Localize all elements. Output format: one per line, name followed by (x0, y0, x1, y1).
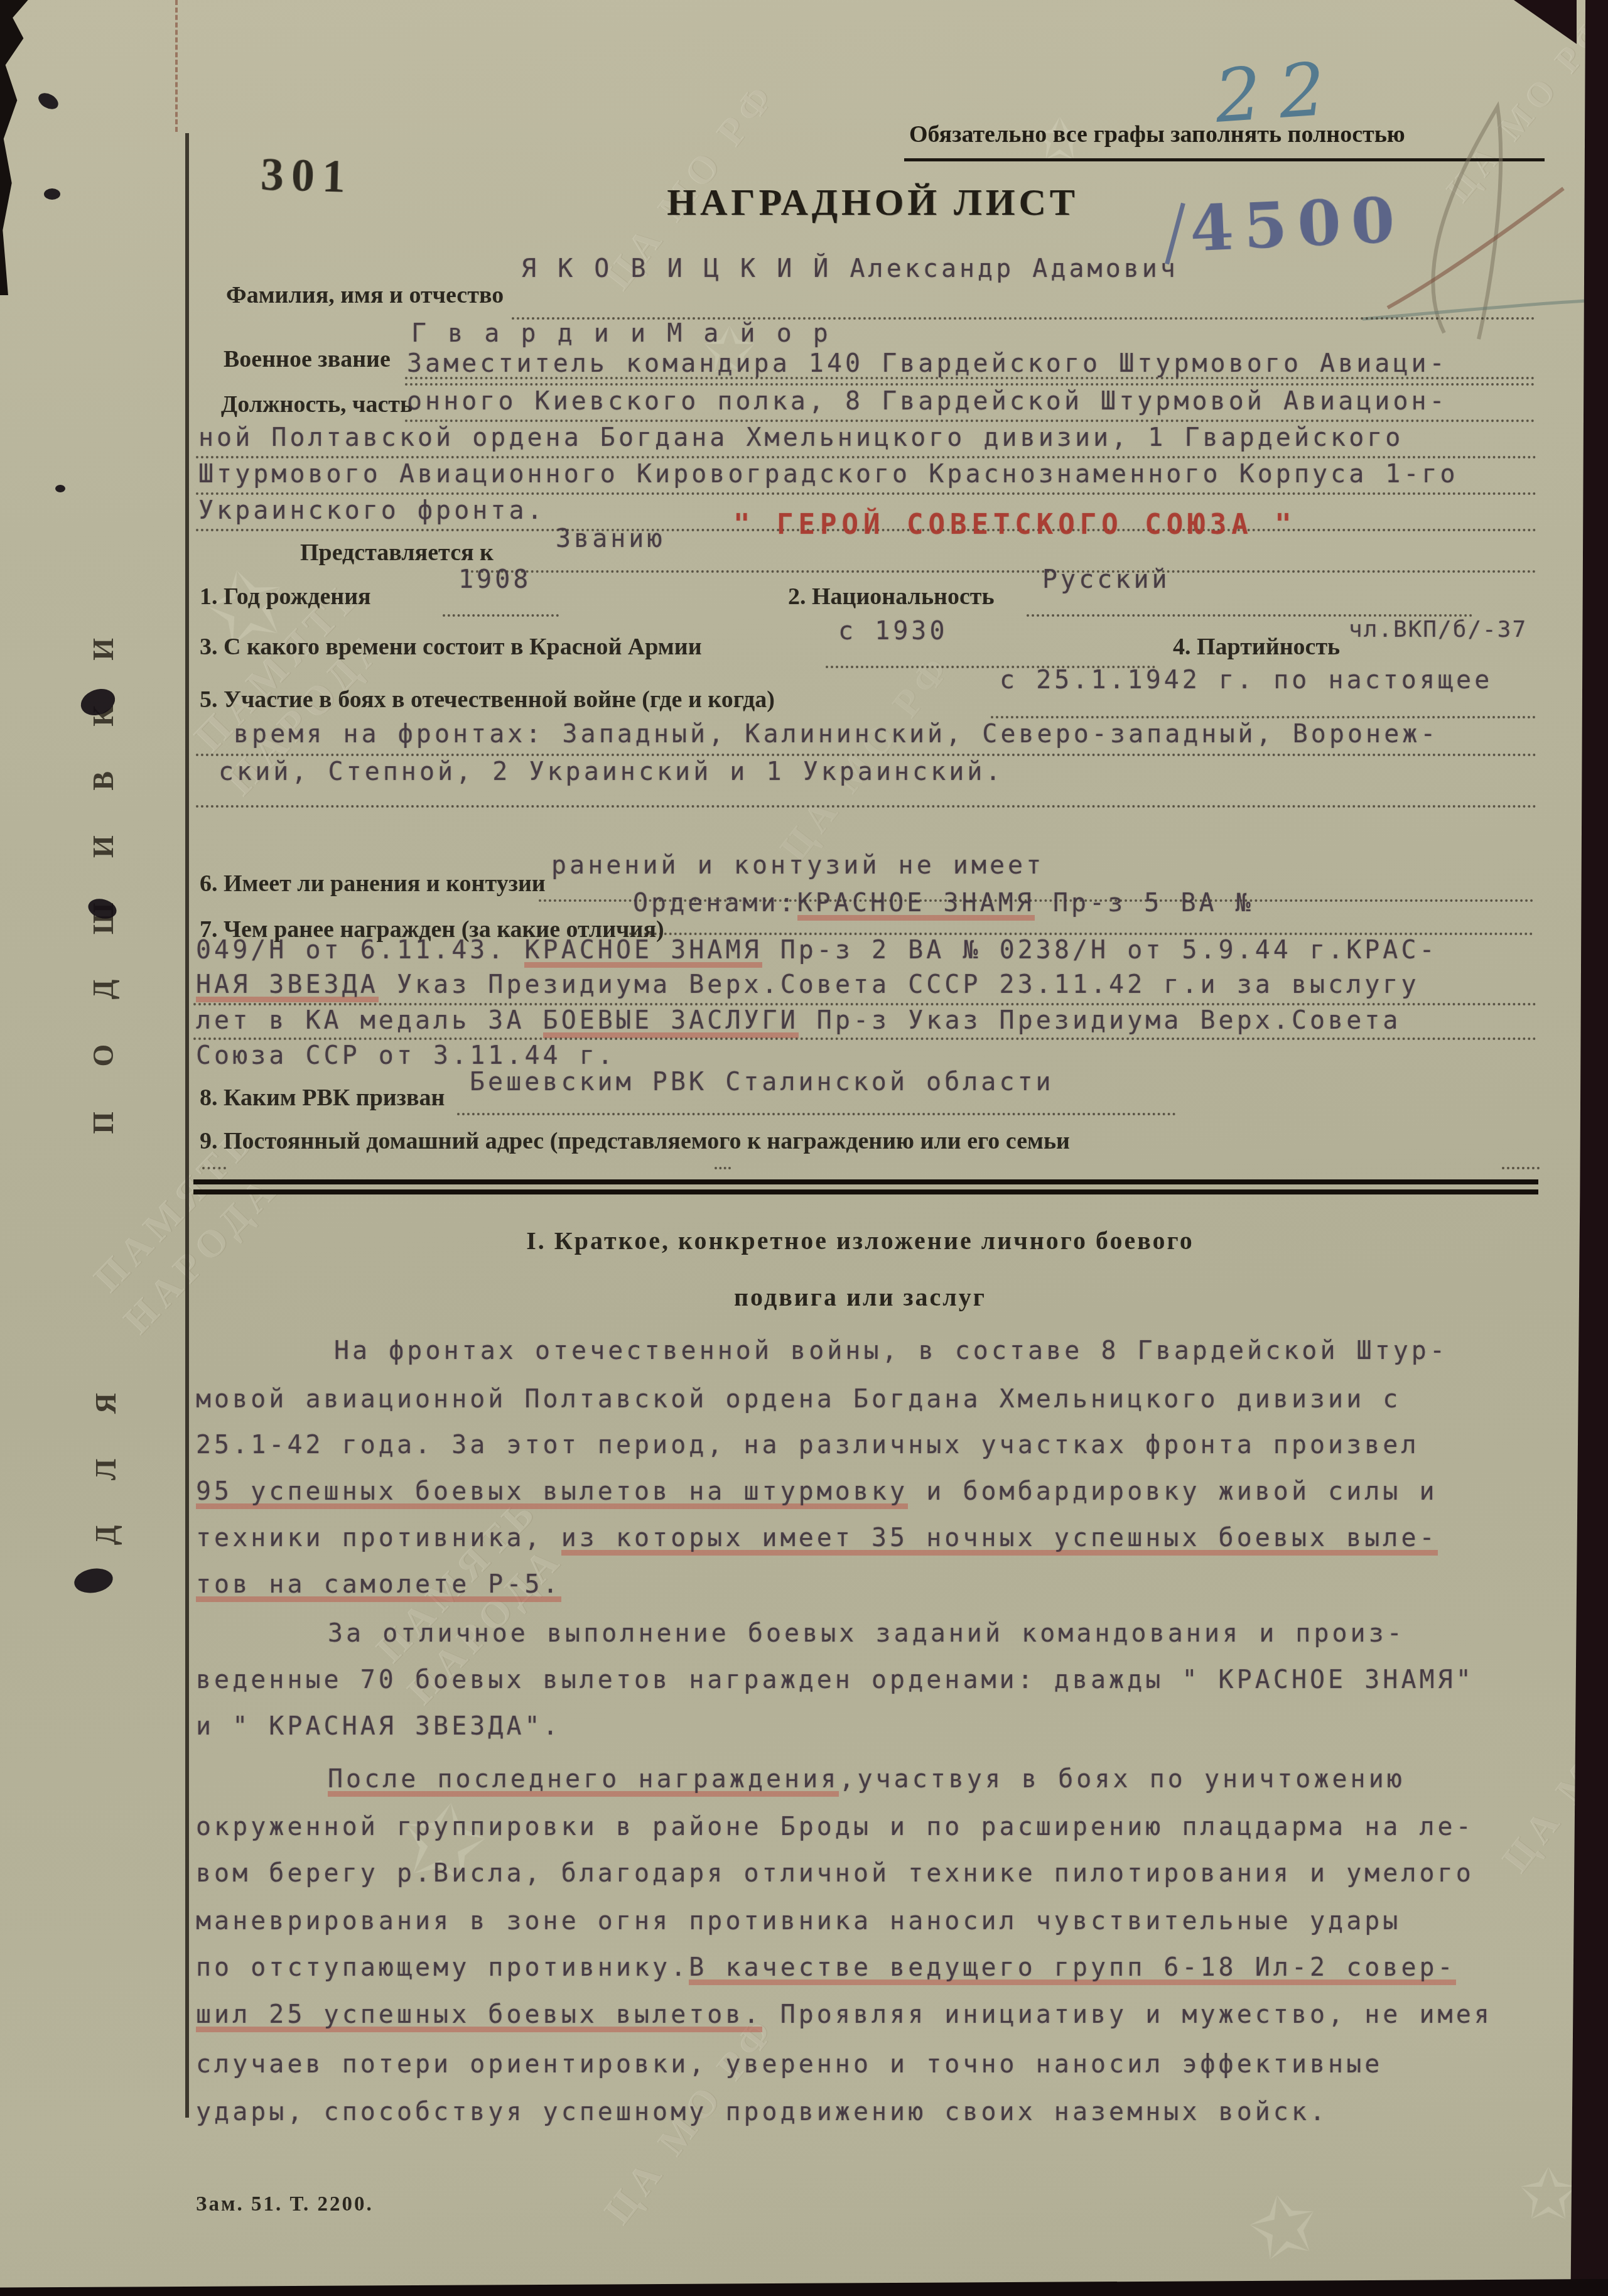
field-num-wounds: 6. (200, 870, 218, 897)
citation-paragraph1-line: техники противника, из которых имеет 35 … (196, 1524, 1438, 1552)
dotted-line (405, 383, 1535, 386)
ink-blob (44, 188, 60, 200)
scanned-award-document: ЦА МО РФ ЦА МО РФ ЦА МО РФ ЦА МО РФ ЦА М… (0, 0, 1608, 2296)
star-watermark: ✩ (1519, 2154, 1577, 2235)
field-label-rank: Военное звание (224, 345, 391, 373)
field-value-party: чл.ВКП/б/-37 (1349, 617, 1527, 642)
scan-edge-bottom (0, 2277, 1608, 2296)
citation-paragraph3-line: удары, способствуя успешному продвижению… (196, 2098, 1328, 2126)
typed-text-segment: Указ Президиума Верх.Совета СССР 23.11.4… (379, 970, 1420, 999)
field-num-nationality: 2. (788, 583, 806, 610)
field-value-birth: 1908 (458, 565, 531, 594)
dotted-line (1502, 1167, 1540, 1169)
dotted-line (202, 1167, 226, 1169)
typed-text-segment: Пр-з 5 ВА № (1035, 889, 1254, 918)
page-number-stamp: 301 (260, 148, 353, 204)
field-value-rank: Г в а р д и и М а й о р (411, 319, 831, 348)
typed-text-segment: Орденами: (633, 889, 797, 918)
red-underlined-phrase: из которых имеет 35 ночных успешных боев… (561, 1524, 1438, 1556)
citation-paragraph1-line: 95 успешных боевых вылетов на штурмовку … (196, 1477, 1438, 1506)
typed-text-segment: техники противника, (196, 1524, 561, 1552)
field-label-rvk: Каким РВК призван (224, 1085, 445, 1111)
field-value-awards-line: 049/Н от 6.11.43. КРАСНОЕ ЗНАМЯ Пр-з 2 В… (196, 936, 1438, 965)
field-value-rvk: Бешевским РВК Сталинской области (470, 1068, 1054, 1097)
field-value-position-line: Украинского фронта. (198, 496, 546, 525)
field-value-wounds: ранений и контузий не имеет (551, 851, 1044, 880)
typed-text-segment: Пр-з 2 ВА № 0238/Н от 5.9.44 г.КРАС- (762, 936, 1438, 965)
field-label-nationality: Национальность (812, 583, 995, 610)
citation-paragraph3-line: по отступающему противнику.В качестве ве… (196, 1953, 1456, 1982)
field-num-service: 3. (200, 634, 218, 660)
red-underlined-phrase: тов на самолете Р-5. (196, 1570, 561, 1602)
field-typed-nominated-word: Званию (556, 524, 666, 553)
star-watermark: ✩ (1240, 2173, 1327, 2281)
red-underlined-phrase: 95 успешных боевых вылетов на штурмовку (196, 1477, 908, 1509)
citation-paragraph2-line: и " КРАСНАЯ ЗВЕЗДА". (196, 1712, 561, 1741)
field-num-rvk: 8. (200, 1085, 218, 1111)
field-value-name: Я К О В И Ц К И Й Александр Адамович (521, 254, 1179, 283)
field-value-combat-line: ский, Степной, 2 Украинский и 1 Украинск… (219, 757, 1004, 786)
citation-paragraph3-line: окруженной группировки в районе Броды и … (196, 1812, 1474, 1841)
dotted-line (193, 1003, 1537, 1005)
field-value-position-line: ной Полтавской ордена Богдана Хмельницко… (198, 423, 1403, 452)
margin-filing-text-lower: Д Л Я (89, 1374, 122, 1545)
typed-text-segment: ,участвуя в боях по уничтожению (839, 1765, 1405, 1794)
pencil-scribble (1350, 69, 1601, 358)
field-label-party: Партийность (1197, 634, 1340, 660)
typed-text-segment: Пр-з Указ Президиума Верх.Совета (799, 1006, 1401, 1035)
dotted-line (196, 456, 1537, 458)
dotted-line (196, 754, 1537, 756)
section1-heading-line: I. Краткое, конкретное изложение личного… (201, 1226, 1519, 1255)
field-value-awards-line: Союза ССР от 3.11.44 г. (196, 1041, 616, 1070)
citation-paragraph3-line: случаев потери ориентировки, уверенно и … (196, 2050, 1383, 2079)
citation-paragraph2-line: веденные 70 боевых вылетов награжден орд… (196, 1665, 1474, 1694)
field-label-birth: Год рождения (224, 583, 371, 610)
field-value-position-line: Штурмового Авиационного Кировоградского … (198, 460, 1459, 489)
typed-text-segment: по отступающему противнику. (196, 1953, 689, 1982)
left-margin-rule (185, 133, 189, 2118)
citation-paragraph3-line: шил 25 успешных боевых вылетов. Проявляя… (196, 2000, 1492, 2029)
citation-paragraph3-line: После последнего награждения,участвуя в … (328, 1765, 1405, 1794)
field-value-awards-line: Орденами:КРАСНОЕ ЗНАМЯ Пр-з 5 ВА № (633, 889, 1254, 918)
citation-paragraph1-line: На фронтах отечественной войны, в состав… (334, 1336, 1448, 1365)
citation-paragraph2-line: За отличное выполнение боевых заданий ко… (328, 1619, 1405, 1648)
dotted-line (457, 1113, 1176, 1115)
typed-text-segment: Проявляя инициативу и мужество, не имея (762, 2000, 1492, 2029)
ink-blob (72, 1566, 115, 1596)
scan-edge-corner-top-right (1514, 0, 1577, 44)
typed-text-segment: 049/Н от 6.11.43. (196, 936, 524, 965)
dotted-line (991, 716, 1536, 718)
field-label-address: Постоянный домашний адрес (представляемо… (224, 1128, 1070, 1154)
field-label-position: Должность, часть (221, 391, 413, 418)
field-value-service: с 1930 (838, 617, 948, 646)
scan-edge-left-torn (0, 0, 45, 295)
field-num-combat: 5. (200, 686, 218, 713)
red-underlined-phrase: НАЯ ЗВЕЗДА (196, 970, 379, 1002)
fill-instruction-text: Обязательно все графы заполнять полность… (909, 121, 1405, 148)
field-value-nominated-award: " ГЕРОЙ СОВЕТСКОГО СОЮЗА " (733, 509, 1297, 541)
dotted-line (193, 1037, 1537, 1040)
red-underlined-phrase: КРАСНОЕ ЗНАМЯ (524, 936, 762, 968)
section-divider-rule (193, 1189, 1538, 1194)
field-label-name: Фамилия, имя и отчество (226, 281, 504, 309)
dotted-line (629, 933, 1533, 935)
section1-heading-line: подвига или заслуг (201, 1282, 1519, 1312)
field-num-address: 9. (200, 1128, 218, 1154)
red-underlined-phrase: КРАСНОЕ ЗНАМЯ (797, 889, 1035, 921)
field-value-combat-line: время на фронтах: Западный, Калининский,… (234, 720, 1438, 749)
dotted-line (466, 570, 1536, 573)
section-divider-rule (193, 1179, 1538, 1184)
field-value-awards-line: НАЯ ЗВЕЗДА Указ Президиума Верх.Совета С… (196, 970, 1420, 999)
citation-paragraph1-line: тов на самолете Р-5. (196, 1570, 561, 1599)
field-label-service: С какого времени состоит в Красной Армии (224, 634, 702, 660)
red-underlined-phrase: В качестве ведущего групп 6-18 Ил-2 сове… (689, 1953, 1455, 1985)
ink-blob (36, 90, 61, 112)
dotted-line (715, 1167, 731, 1169)
dotted-line (196, 805, 1537, 808)
dotted-line (443, 614, 559, 617)
field-value-position-line: онного Киевского полка, 8 Гвардейской Шт… (407, 387, 1448, 416)
print-run-code: Зам. 51. Т. 2200. (196, 2193, 374, 2216)
field-num-party: 4. (1173, 634, 1191, 660)
document-title: НАГРАДНОЙ ЛИСТ (622, 181, 1124, 224)
typed-text-segment: лет в КА медаль ЗА (196, 1006, 543, 1035)
field-label-nominated: Представляется к (300, 539, 494, 566)
citation-paragraph1-line: мовой авиационной Полтавской ордена Богд… (196, 1385, 1401, 1414)
typed-text-segment: Союза ССР от 3.11.44 г. (196, 1041, 616, 1070)
field-label-combat: Участие в боях в отечественной войне (гд… (224, 686, 775, 713)
star-watermark: ✩ (392, 1777, 496, 1908)
typed-text-segment: и бомбардировку живой силы и (908, 1477, 1437, 1506)
ink-blob (55, 485, 65, 492)
citation-paragraph1-line: 25.1-42 года. За этот период, на различн… (196, 1431, 1420, 1459)
field-value-nationality: Русский (1042, 565, 1170, 594)
field-num-birth: 1. (200, 583, 218, 610)
field-label-wounds: Имеет ли ранения и контузии (224, 870, 546, 897)
dotted-line (405, 420, 1535, 422)
red-underlined-phrase: После последнего награждения (328, 1765, 839, 1797)
citation-paragraph3-line: маневрирования в зоне огня противника на… (196, 1907, 1401, 1936)
citation-paragraph3-line: вом берегу р.Висла, благодаря отличной т… (196, 1859, 1474, 1888)
field-value-position-line: Заместитель командира 140 Гвардейского Ш… (407, 349, 1448, 378)
dotted-line (196, 492, 1537, 495)
red-underlined-phrase: БОЕВЫЕ ЗАСЛУГИ (543, 1006, 799, 1038)
left-margin-dashed-rule (175, 0, 178, 132)
red-underlined-phrase: шил 25 успешных боевых вылетов. (196, 2000, 762, 2032)
field-value-combat-line: с 25.1.1942 г. по настоящее (1000, 666, 1492, 695)
field-value-awards-line: лет в КА медаль ЗА БОЕВЫЕ ЗАСЛУГИ Пр-з У… (196, 1006, 1401, 1035)
